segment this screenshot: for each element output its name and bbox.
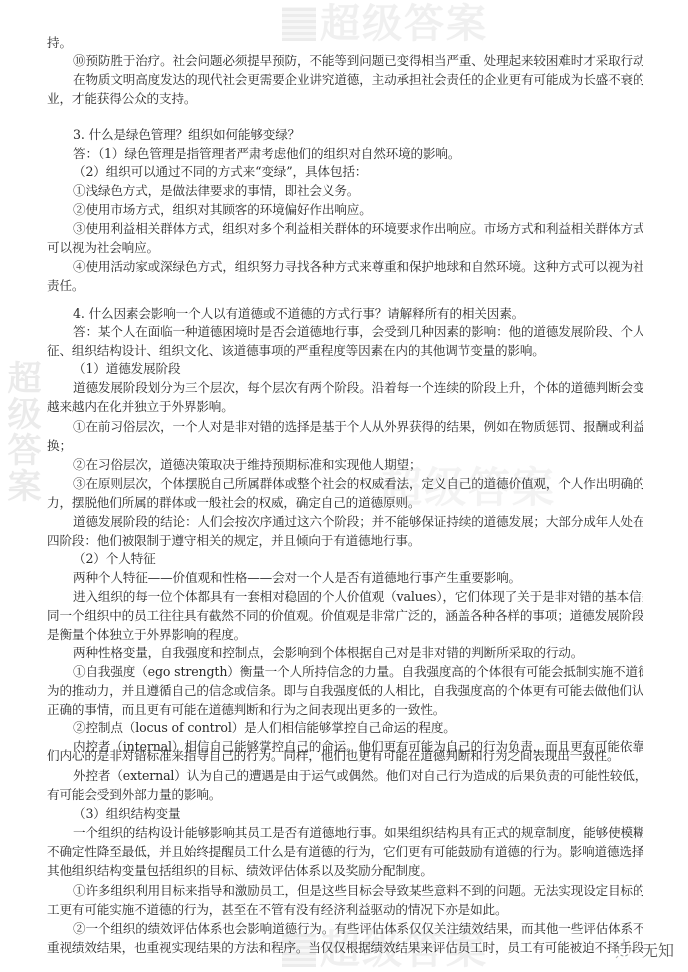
text-line: ④使用活动家或深绿色方式，组织努力寻找各种方式来尊重和保护地球和自然环境。这种方… bbox=[73, 257, 643, 276]
text-line: 外控者（external）认为自己的遭遇是由于运气或偶然。他们对自己行为造成的后… bbox=[73, 766, 643, 785]
text-line: 力，摆脱他们所属的群体或一般社会的权威，确定自己的道德原则。 bbox=[47, 493, 643, 512]
text-line: ③使用利益相关群体方式，组织对多个利益相关群体的环境要求作出响应。市场方式和利益… bbox=[73, 219, 643, 238]
text-line: ③在原则层次，个体摆脱自己所属群体或整个社会的权威看法，定义自己的道德价值观，个… bbox=[73, 474, 643, 493]
text-line: 两种个人特征——价值观和性格——会对一个人是否有道德地行事产生重要影响。 bbox=[73, 568, 643, 587]
text-line: （3）组织结构变量 bbox=[73, 804, 643, 823]
text-line: （2）组织可以通过不同的方式来“变绿”，具体包括： bbox=[73, 162, 643, 181]
text-line: 可以视为社会响应。 bbox=[47, 238, 643, 257]
text-line: 4. 什么因素会影响一个人以有道德或不道德的方式行事？请解释所有的相关因素。 bbox=[73, 304, 643, 323]
text-line: 同一个组织中的员工往往具有截然不同的价值观。价值观是非常广泛的，涵盖各种各样的事… bbox=[47, 606, 643, 625]
text-line: ①自我强度（ego strength）衡量一个人所持信念的力量。自我强度高的个体… bbox=[73, 662, 643, 681]
text-line: 工更有可能实施不道德的行为，甚至在不管有没有经济利益驱动的情况下亦是如此。 bbox=[47, 900, 643, 919]
text-line: 为的推动力，并且遵循自己的信念或信条。即与自我强度低的人相比，自我强度高的个体更… bbox=[47, 681, 643, 700]
text-line: 征、组织结构设计、组织文化、该道德事项的严重程度等因素在内的其他调节变量的影响。 bbox=[47, 341, 643, 360]
text-line: （1）道德发展阶段 bbox=[73, 359, 643, 378]
text-line: 在物质文明高度发达的现代社会更需要企业讲究道德，主动承担社会责任的企业更有可能成… bbox=[73, 70, 643, 89]
text-line: 不确定性降至最低，并且始终提醒员工什么是有道德的行为，它们更有可能鼓励有道德的行… bbox=[47, 842, 643, 861]
text-line: 责任。 bbox=[47, 276, 643, 295]
text-line: 答：某个人在面临一种道德困境时是否会道德地行事，会受到几种因素的影响：他的道德发… bbox=[73, 322, 643, 341]
text-line: ⑩预防胜于治疗。社会问题必须提早预防，不能等到问题已变得相当严重、处理起来较困难… bbox=[73, 51, 643, 70]
text-line: 3. 什么是绿色管理？组织如何能够变绿？ bbox=[73, 125, 643, 144]
text-line: 是衡量个体独立于外界影响的程度。 bbox=[47, 625, 643, 644]
text-line: ②一个组织的绩效评估体系也会影响道德行为。有些评估体系仅仅关注绩效结果，而其他一… bbox=[73, 919, 643, 938]
document-body: 持。⑩预防胜于治疗。社会问题必须提早预防，不能等到问题已变得相当严重、处理起来较… bbox=[0, 0, 688, 972]
text-line: 答：（1）绿色管理是指管理者严肃考虑他们的组织对自然环境的影响。 bbox=[73, 144, 643, 163]
text-line: 越来越内在化并独立于外界影响。 bbox=[47, 397, 643, 416]
text-line: ①在前习俗层次，一个人对是非对错的选择是基于个人从外界获得的结果，例如在物质惩罚… bbox=[73, 417, 643, 436]
text-line: 正确的事情，而且更有可能在道德判断和行为之间表现出更多的一致性。 bbox=[47, 700, 643, 719]
text-line: 四阶段：他们被限制于遵守相关的规定，并且倾向于有道德地行事。 bbox=[47, 531, 643, 550]
text-line: 道德发展阶段的结论：人们会按次序通过这六个阶段；并不能够保证持续的道德发展；大部… bbox=[73, 512, 643, 531]
text-line: ②在习俗层次，道德决策取决于维持预期标准和实现他人期望； bbox=[73, 455, 643, 474]
text-line: 持。 bbox=[47, 33, 643, 52]
author-signature: 无知 bbox=[610, 938, 674, 961]
signature-text: 无知 bbox=[642, 938, 674, 961]
text-line: 其他组织结构变量包括组织的目标、绩效评估体系以及奖励分配制度。 bbox=[47, 861, 643, 880]
text-line: 两种性格变量，自我强度和控制点，会影响到个体根据自己对是非对错的判断所采取的行动… bbox=[73, 643, 643, 662]
sun-doodle-icon bbox=[610, 939, 636, 961]
text-line: （2）个人特征 bbox=[73, 549, 643, 568]
text-line: 一个组织的结构设计能够影响其员工是否有道德地行事。如果组织结构具有正式的规章制度… bbox=[73, 823, 643, 842]
text-line: 进入组织的每一位个体都具有一套相对稳固的个人价值观（values），它们体现了关… bbox=[73, 587, 643, 606]
text-line: ②使用市场方式，组织对其顾客的环境偏好作出响应。 bbox=[73, 200, 643, 219]
document-page: 超级答案 超级答案 超级答案 超级答案 持。⑩预防胜于治疗。社会问题必须提早预防… bbox=[0, 0, 688, 972]
text-line: ①许多组织利用目标来指导和激励员工，但是这些目标会导致某些意料不到的问题。无法实… bbox=[73, 881, 643, 900]
text-line: 业，才能获得公众的支持。 bbox=[47, 89, 643, 108]
text-line: 道德发展阶段划分为三个层次，每个层次有两个阶段。沿着每一个连续的阶段上升，个体的… bbox=[73, 378, 643, 397]
text-line: 有可能会受到外部力量的影响。 bbox=[47, 785, 643, 804]
text-line: ②控制点（locus of control）是人们相信能够掌控自己命运的程度。 bbox=[73, 718, 643, 737]
text-line: ①浅绿色方式，是做法律要求的事情，即社会义务。 bbox=[73, 181, 643, 200]
text-line: 重视绩效结果，也重视实现结果的方法和程序。当仅仅根据绩效结果来评估员工时，员工有… bbox=[47, 938, 643, 957]
text-line: 们内心的是非对错标准来指导自己的行为。同样，他们也更有可能在道德判断和行为之间表… bbox=[47, 746, 643, 765]
text-line: 换； bbox=[47, 436, 643, 455]
